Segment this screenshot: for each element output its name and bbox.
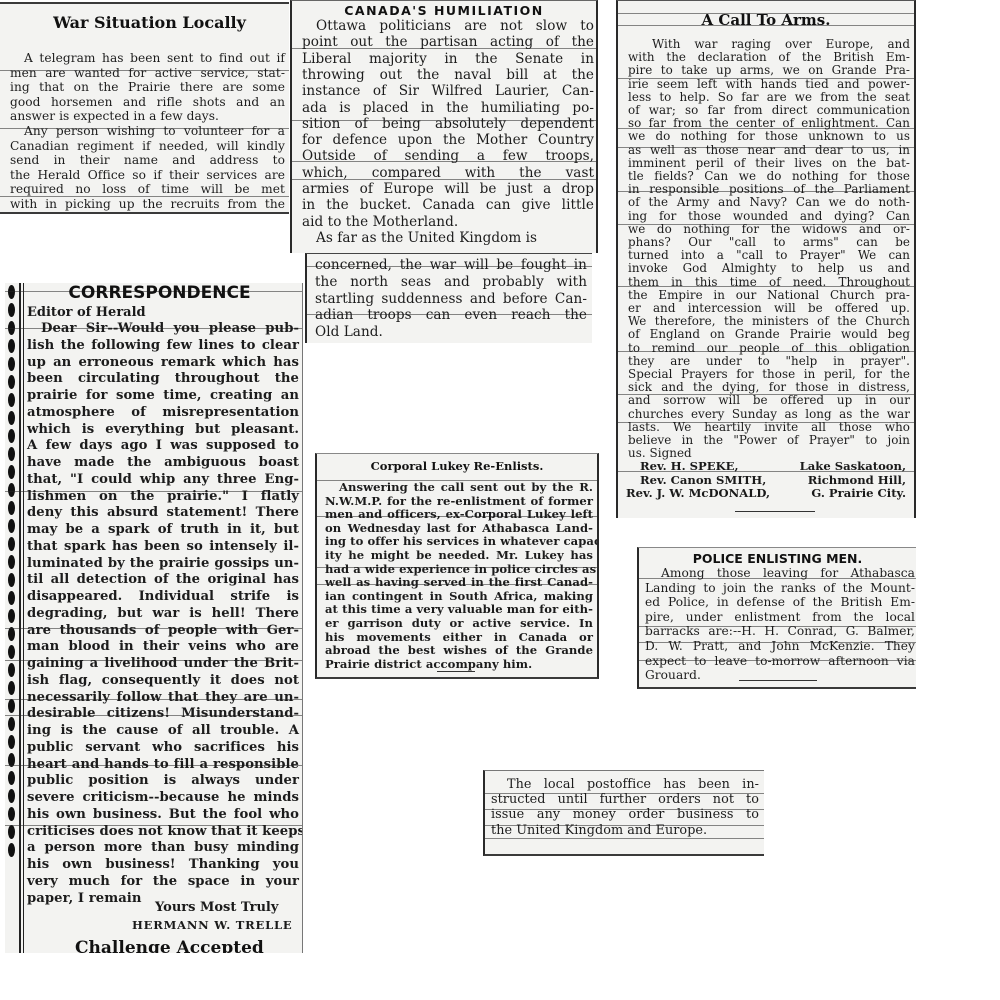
text-line: have made the ambiguous boast [27,455,299,470]
text-line: issue any money order business to [491,807,759,822]
text-line: sition of being absolutely dependent [302,117,594,132]
end-rule [739,680,817,681]
text-line: concerned, the war will be fought in [315,258,587,273]
text-line: startling suddenness and before Can- [315,292,587,307]
headline-police-enlisting: POLICE ENLISTING MEN. [639,551,916,566]
text-line: which is everything but pleasant. [27,422,299,437]
text-line: disappeared. Individual strife is [27,589,299,604]
ornament-bead-icon [8,501,15,515]
text-line: his own business! Thanking you [27,857,299,872]
text-line: man blood in their veins who are [27,639,299,654]
text-line: severe criticism--because he minds [27,790,299,805]
text-line: good horsemen and rifle shots and an [10,95,285,110]
text-line: up an erroneous remark which has [27,355,299,370]
text-line: necessarily follow that they are un- [27,690,299,705]
salutation: Editor of Herald [27,305,146,320]
article-correspondence: CORRESPONDENCE Editor of Herald Dear Sir… [5,283,303,953]
ornamental-border [7,283,17,953]
text-line: A telegram has been sent to find out if [24,51,285,66]
text-line: required no loss of time will be met [10,182,285,197]
ornament-bead-icon [8,591,15,605]
text-line: point out the partisan acting of the [302,35,594,50]
ornament-bead-icon [8,753,15,767]
text-line: a person more than busy minding [27,840,299,855]
scan-line [485,838,764,839]
text-line: that spark has been so intensely il- [27,539,299,554]
text-line: Ottawa politicians are not slow to [316,19,594,34]
text-line: luminated by the prairie gossips un- [27,556,299,571]
ornament-bead-icon [8,771,15,785]
ornament-bead-icon [8,699,15,713]
text-line: Landing to join the ranks of the Mount- [645,581,915,596]
ornament-bead-icon [8,375,15,389]
ornament-bead-icon [8,411,15,425]
text-line: gaining a livelihood under the Brit- [27,656,299,671]
text-line: instance of Sir Wilfred Laurier, Can- [302,84,594,99]
closing: Yours Most Truly [155,900,278,915]
article-corporal-lukey: Corporal Lukey Re-Enlists. Answering the… [315,453,599,679]
text-line: public servant who sacrifices his [27,740,299,755]
text-line: the north seas and probably with [315,275,587,290]
text-line: been circulating throughout the [27,371,299,386]
letter-signature: HERMANN W. TRELLE [132,918,292,932]
article-call-to-arms: A Call To Arms. With war raging over Eur… [616,0,916,518]
text-line: atmosphere of misrepresentation [27,405,299,420]
ornament-bead-icon [8,519,15,533]
text-line: with in picking up the recruits from the [10,197,285,212]
text-line: adian troops can even reach the [315,308,587,323]
text-line: ish flag, consequently it does not [27,673,299,688]
ornament-bead-icon [8,321,15,335]
ornament-bead-icon [8,717,15,731]
text-line: prairie for some time, creating an [27,388,299,403]
text-line: his own business. But the fool who [27,807,299,822]
text-line: ada is placed in the humiliating po- [302,101,594,116]
text-line: til all detection of the original has [27,572,299,587]
ornament-bead-icon [8,357,15,371]
end-rule [437,671,475,672]
text-line: structed until further orders not to [491,792,759,807]
text-line: very much for the space in your [27,874,299,889]
signatory-place: Lake Saskatoon, [800,459,906,473]
text-line: public position is always under [27,773,299,788]
text-line: ed Police, in defense of the British Em- [645,595,915,610]
article-postoffice: The local postoffice has been in-structe… [483,770,764,856]
ornament-bead-icon [8,393,15,407]
text-line: aid to the Motherland. [302,215,594,230]
ornament-bead-icon [8,843,15,857]
text-line: send in their name and address to [10,153,285,168]
next-headline-partial: Challenge Accepted [45,938,302,953]
text-line: deny this absurd statement! There [27,505,299,520]
text-line: Dear Sir--Would you please pub- [41,321,299,336]
text-line: answer is expected in a few days. [10,109,285,124]
signatory-name: Rev. H. SPEKE, [640,459,739,473]
article-canadas-humiliation: CANADA'S HUMILIATION Ottawa politicians … [290,0,598,253]
ornament-bead-icon [8,627,15,641]
headline-call-to-arms: A Call To Arms. [618,11,914,29]
signatory-place: Richmond Hill, [808,473,906,487]
text-line: Among those leaving for Athabasca [661,566,915,581]
ornament-bead-icon [8,447,15,461]
text-line: degrading, but war is hell! There [27,606,299,621]
text-line: may be a spark of truth in it, but [27,522,299,537]
text-line: Liberal majority in the Senate in [302,52,594,67]
text-line: criticises does not know that it keeps [27,824,299,839]
text-line: ing is the cause of all trouble. A [27,723,299,738]
text-line: which, compared with the vast [302,166,594,181]
text-line: in the bucket. Canada can give little [302,198,594,213]
headline-canadas-humiliation: CANADA'S HUMILIATION [292,3,596,18]
text-line: Grande Prairie district. [10,212,285,214]
signatory-name: Rev. J. W. McDONALD, [626,486,770,500]
text-line: heart and hands to fill a responsible [27,757,299,772]
text-line: ing that on the Prairie there are some [10,80,285,95]
text-line: Old Land. [315,325,587,340]
ornament-bead-icon [8,465,15,479]
signatory-place: G. Prairie City. [811,486,906,500]
ornament-bead-icon [8,825,15,839]
ornament-bead-icon [8,537,15,551]
column-rule [23,283,24,953]
ornament-bead-icon [8,339,15,353]
text-line: Canadian regiment if needed, will kindly [10,139,285,154]
text-line: armies of Europe will be just a drop [302,182,594,197]
text-line: Prairie district accompany him. [325,657,593,672]
text-line: pire, under enlistment from the local [645,610,915,625]
text-line: that, "I could whip any three Eng- [27,472,299,487]
article-canadas-humiliation-continued: concerned, the war will be fought inthe … [305,253,592,343]
text-line: men are wanted for active service, stat- [10,66,285,81]
text-line: barracks are:--H. H. Conrad, G. Balmer, [645,624,915,639]
ornament-bead-icon [8,609,15,623]
text-line: desirable citizens! Misunderstand- [27,706,299,721]
ornament-bead-icon [8,429,15,443]
ornament-bead-icon [8,573,15,587]
headline-correspondence: CORRESPONDENCE [5,283,302,303]
text-line: As far as the United Kingdom is [316,231,594,246]
ornament-bead-icon [8,303,15,317]
ornament-bead-icon [8,681,15,695]
text-line: The local postoffice has been in- [507,777,759,792]
text-line: for defence upon the Mother Country [302,133,594,148]
text-line: A few days ago I was supposed to [27,438,299,453]
text-line: lish the following few lines to clear [27,338,299,353]
ornament-bead-icon [8,663,15,677]
ornament-bead-icon [8,645,15,659]
headline-corporal-lukey: Corporal Lukey Re-Enlists. [317,459,597,473]
headline-war-situation: War Situation Locally [0,13,289,32]
text-line: the Herald Office so if their services a… [10,168,285,183]
ornament-bead-icon [8,807,15,821]
text-line: expect to leave to-morrow afternoon via [645,654,915,669]
ornament-bead-icon [8,483,15,497]
end-rule [735,511,815,512]
ornament-bead-icon [8,789,15,803]
column-rule [19,283,21,953]
text-line: the United Kingdom and Europe. [491,823,759,838]
signatory-name: Rev. Canon SMITH, [640,473,766,487]
text-line: D. W. Pratt, and John McKenzie. They [645,639,915,654]
text-line: Outside of sending a few troops, [302,149,594,164]
ornament-bead-icon [8,555,15,569]
ornament-bead-icon [8,735,15,749]
article-police-enlisting: POLICE ENLISTING MEN. Among those leavin… [637,547,916,689]
text-line: lishmen on the prairie." I flatly [27,489,299,504]
article-war-situation: War Situation Locally A telegram has bee… [0,2,289,214]
text-line: Any person wishing to volunteer for a [24,124,285,139]
text-line: are thousands of people with Ger- [27,623,299,638]
text-line: throwing out the naval bill at the [302,68,594,83]
